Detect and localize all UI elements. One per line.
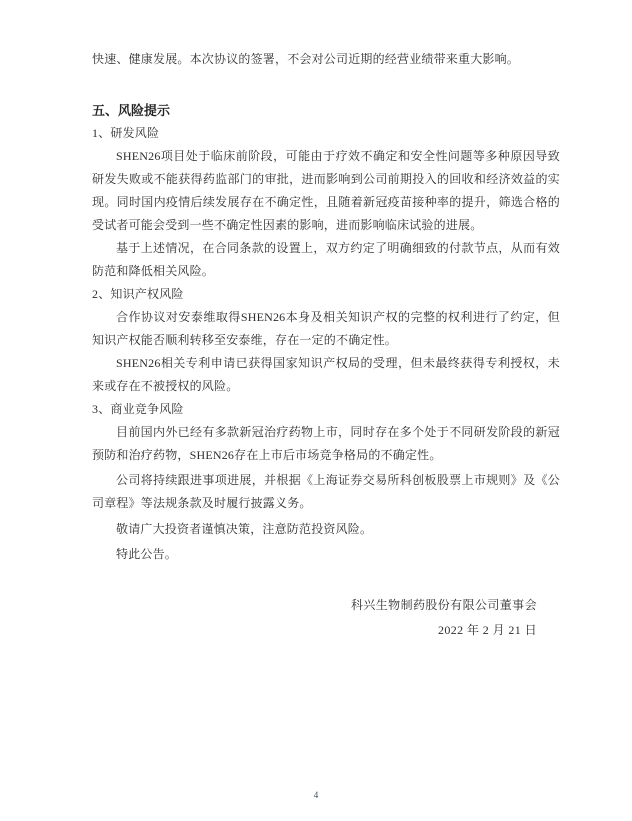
signature-block: 科兴生物制药股份有限公司董事会 2022 年 2 月 21 日 <box>92 594 560 642</box>
risk-item-2-paragraph-2: SHEN26相关专利申请已获得国家知识产权局的受理，但未最终获得专利授权，未来或… <box>92 352 560 398</box>
risk-item-1-label: 1、研发风险 <box>92 122 560 145</box>
risk-item-2-paragraph-1: 合作协议对安泰维取得SHEN26本身及相关知识产权的完整的权利进行了约定，但知识… <box>92 306 560 352</box>
closing-paragraph-investor-caution: 敬请广大投资者谨慎决策，注意防范投资风险。 <box>92 518 560 541</box>
signature-date: 2022 年 2 月 21 日 <box>92 619 537 642</box>
closing-paragraph-disclosure: 公司将持续跟进事项进展，并根据《上海证券交易所科创板股票上市规则》及《公司章程》… <box>92 469 560 515</box>
page-number: 4 <box>0 789 632 801</box>
closing-paragraph-hereby-announced: 特此公告。 <box>92 543 560 566</box>
announcement-page: 快速、健康发展。本次协议的签署，不会对公司近期的经营业绩带来重大影响。 五、风险… <box>0 0 632 821</box>
risk-item-3-paragraph-1: 目前国内外已经有多款新冠治疗药物上市，同时存在多个处于不同研发阶段的新冠预防和治… <box>92 421 560 467</box>
risk-item-3-label: 3、商业竞争风险 <box>92 398 560 421</box>
risk-item-1-paragraph-1: SHEN26项目处于临床前阶段，可能由于疗效不确定和安全性问题等多种原因导致研发… <box>92 145 560 237</box>
risk-item-1-paragraph-2: 基于上述情况，在合同条款的设置上，双方约定了明确细致的付款节点，从而有效防范和降… <box>92 237 560 283</box>
risk-item-2-label: 2、知识产权风险 <box>92 283 560 306</box>
continuation-paragraph: 快速、健康发展。本次协议的签署，不会对公司近期的经营业绩带来重大影响。 <box>92 48 560 71</box>
signature-issuer: 科兴生物制药股份有限公司董事会 <box>92 594 537 617</box>
section-heading-risk-notice: 五、风险提示 <box>92 99 560 122</box>
